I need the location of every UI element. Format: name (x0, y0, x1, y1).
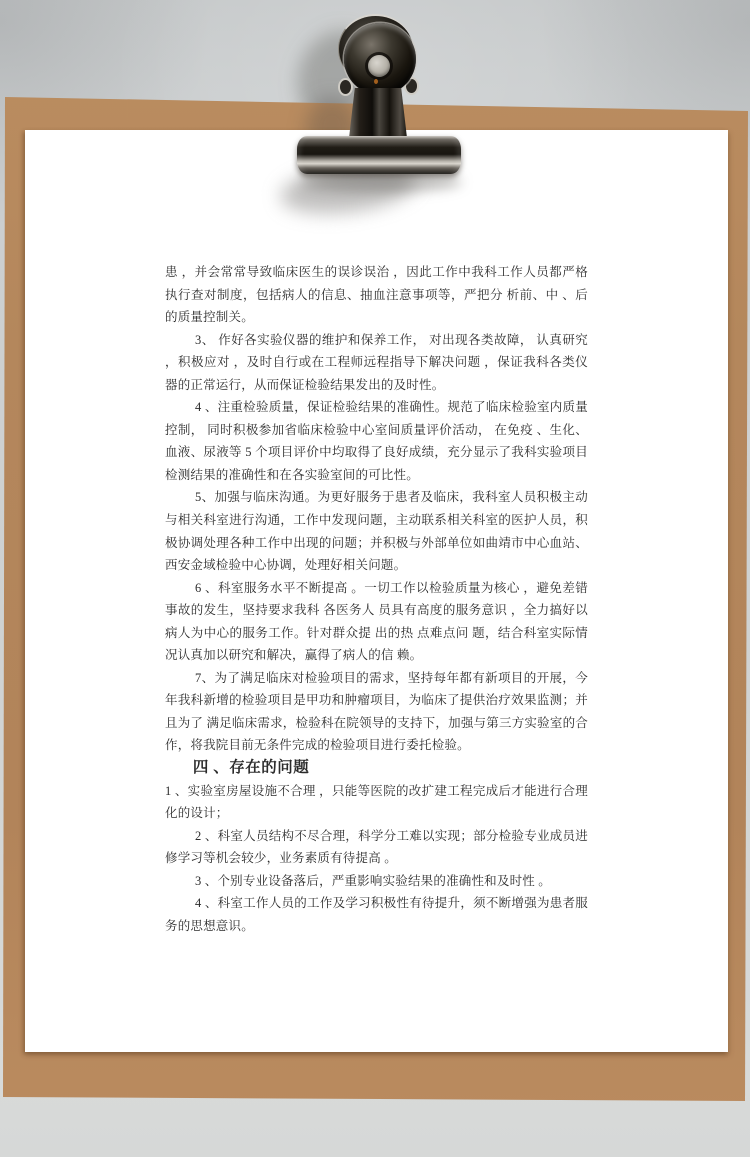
paragraph: 患 ，并会常常导致临床医生的误诊误治 ，因此工作中我科工作人员都严格执行查对制度… (165, 261, 588, 329)
paragraph: 2 、科室人员结构不尽合理，科学分工难以实现；部分检验专业成员进修学习等机会较少… (165, 825, 588, 870)
scene: 患 ，并会常常导致临床医生的误诊误治 ，因此工作中我科工作人员都严格执行查对制度… (0, 0, 750, 1157)
paragraph: 6 、科室服务水平不断提高 。一切工作以检验质量为核心 ，避免差错事故的发生，坚… (165, 577, 588, 667)
paragraph: 3、 作好各实验仪器的维护和保养工作， 对出现各类故障， 认真研究 ，积极应对 … (165, 329, 588, 397)
document-text: 患 ，并会常常导致临床医生的误诊误治 ，因此工作中我科工作人员都严格执行查对制度… (165, 261, 588, 937)
clip-clamp-contact-shadow (300, 172, 462, 192)
paper-sheet: 患 ，并会常常导致临床医生的误诊误治 ，因此工作中我科工作人员都严格执行查对制度… (25, 130, 728, 1052)
paragraph: 1 、实验室房屋设施不合理 ，只能等医院的改扩建工程完成后才能进行合理化的设计； (165, 780, 588, 825)
paragraph: 3 、个别专业设备落后，严重影响实验结果的准确性和及时性 。 (165, 870, 588, 893)
paragraph: 7、为了满足临床对检验项目的需求，坚持每年都有新项目的开展，今年我科新增的检验项… (165, 667, 588, 757)
section-heading: 四 、存在的问题 (165, 757, 588, 780)
paragraph: 4 、科室工作人员的工作及学习积极性有待提升，须不断增强为患者服务的思想意识。 (165, 892, 588, 937)
clip-ear-right (404, 77, 419, 95)
paragraph: 4 、注重检验质量，保证检验结果的准确性。规范了临床检验室内质量控制， 同时积极… (165, 396, 588, 486)
paragraph: 5、加强与临床沟通。为更好服务于患者及临床，我科室人员积极主动与相关科室进行沟通… (165, 486, 588, 576)
